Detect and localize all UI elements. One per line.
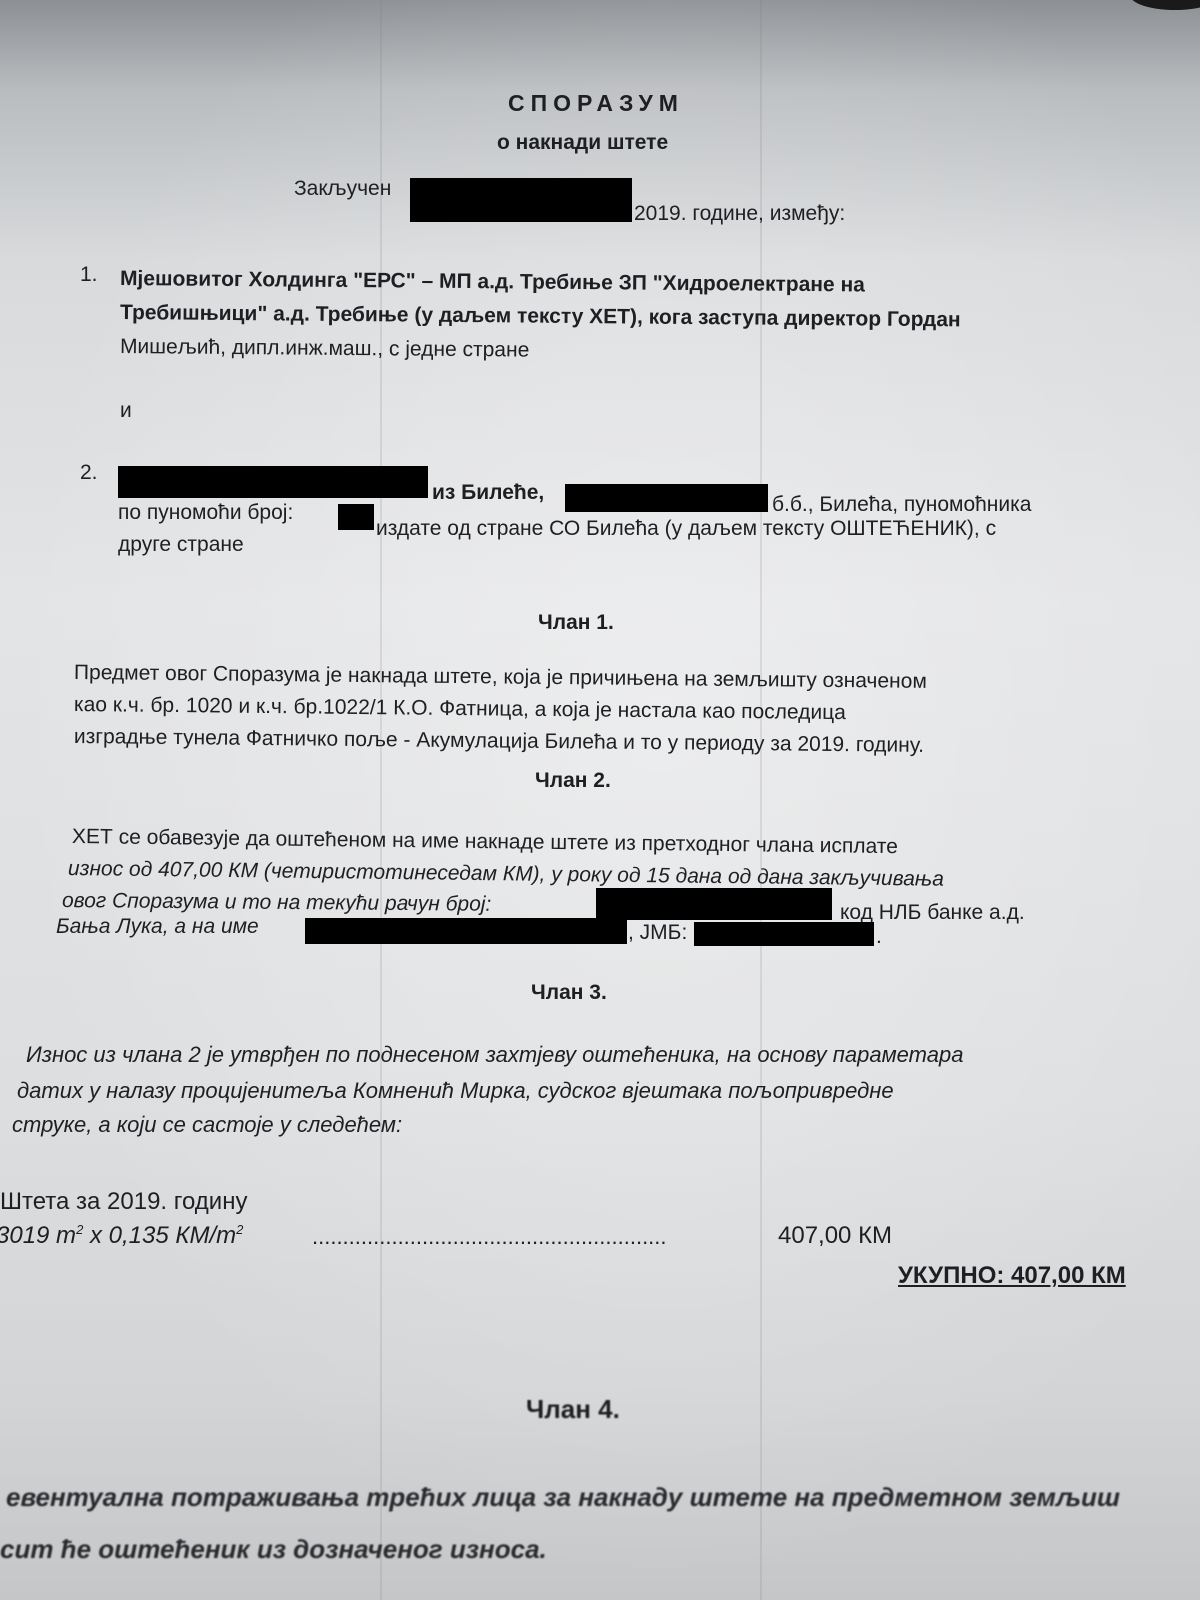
article-3-line: струке, а који се састоје у следећем: <box>12 1114 402 1136</box>
redacted-address <box>565 484 768 512</box>
article-4-line: сит ће оштећеник из дозначеног износа. <box>0 1536 547 1562</box>
redacted-recipient-name <box>305 918 627 944</box>
paper-crease <box>380 0 382 1600</box>
photo-edge-shadow <box>1130 0 1200 10</box>
damage-label: Штета за 2019. годину <box>0 1190 247 1214</box>
article-4-heading: Члан 4. <box>526 1396 620 1422</box>
party-2-address-suffix: б.б., Билећа, пуномоћника <box>772 494 1031 515</box>
article-1-heading: Члан 1. <box>538 612 614 633</box>
total-amount: УКУПНО: 407,00 КМ <box>898 1264 1126 1288</box>
article-1-line: Предмет овог Споразума је накнада штете,… <box>74 662 927 692</box>
exponent: 2 <box>236 1222 243 1237</box>
conjunction-and: и <box>120 400 132 421</box>
damage-formula: 3019 m2 x 0,135 КМ/m2 <box>0 1224 243 1248</box>
party-2-from: из Билеће, <box>432 482 544 503</box>
redacted-date <box>410 178 632 222</box>
article-4-line: евентуална потраживања трећих лица за на… <box>6 1484 1120 1510</box>
party-1-line: Требишњици" а.д. Требиње (у даљем тексту… <box>120 302 961 330</box>
article-3-heading: Члан 3. <box>531 982 607 1003</box>
article-2-line: износ од 407,00 КМ (четиристотинеседам К… <box>68 858 944 890</box>
document-page: СПОРАЗУМ о накнади штете Закључен 2019. … <box>0 0 1200 1600</box>
article-2-jmb-label: , ЈМБ: <box>628 922 687 943</box>
article-2-end: . <box>876 926 882 947</box>
concluded-prefix: Закључен <box>294 178 391 199</box>
article-2-heading: Члан 2. <box>535 770 611 791</box>
leader-dots: ........................................… <box>312 1226 667 1248</box>
document-title: СПОРАЗУМ <box>508 92 684 115</box>
article-2-line: ХЕТ се обавезује да оштећеном на име нак… <box>72 826 898 857</box>
party-2-poa-prefix: по пуномоћи број: <box>118 502 293 523</box>
paper-crease <box>760 0 762 1600</box>
party-1-line: Мишељић, дипл.инж.маш., с једне стране <box>120 336 529 361</box>
redacted-account-number <box>596 888 832 920</box>
party-2-number: 2. <box>80 462 98 483</box>
party-2-poa-suffix: издате од стране СО Билећа (у даљем текс… <box>376 518 996 539</box>
party-1-line: Мјешовитог Холдинга "ЕРС" – МП а.д. Треб… <box>120 268 865 295</box>
article-1-line: изградње тунела Фатничко поље - Акумулац… <box>74 726 924 756</box>
area-value: 3019 m <box>0 1222 76 1249</box>
damage-amount: 407,00 КМ <box>778 1224 892 1248</box>
redacted-poa-number <box>338 504 374 530</box>
article-2-last-prefix: Бања Лука, а на име <box>56 916 259 937</box>
article-2-line: овог Споразума и то на текући рачун број… <box>62 890 492 915</box>
redacted-name <box>118 466 428 498</box>
rate-value: x 0,135 КМ/m <box>83 1222 236 1249</box>
party-2-last-line: друге стране <box>118 534 244 555</box>
redacted-jmb <box>694 922 874 946</box>
article-1-line: као к.ч. бр. 1020 и к.ч. бр.1022/1 К.О. … <box>74 694 846 723</box>
article-3-line: Износ из члана 2 је утврђен по поднесено… <box>26 1044 963 1066</box>
document-subtitle: о накнади штете <box>497 132 668 153</box>
concluded-suffix: 2019. године, између: <box>634 203 845 224</box>
article-2-bank-suffix: код НЛБ банке а.д. <box>840 902 1025 923</box>
party-1-number: 1. <box>80 264 98 285</box>
article-3-line: датих у налазу процијенитеља Комненић Ми… <box>17 1080 894 1102</box>
